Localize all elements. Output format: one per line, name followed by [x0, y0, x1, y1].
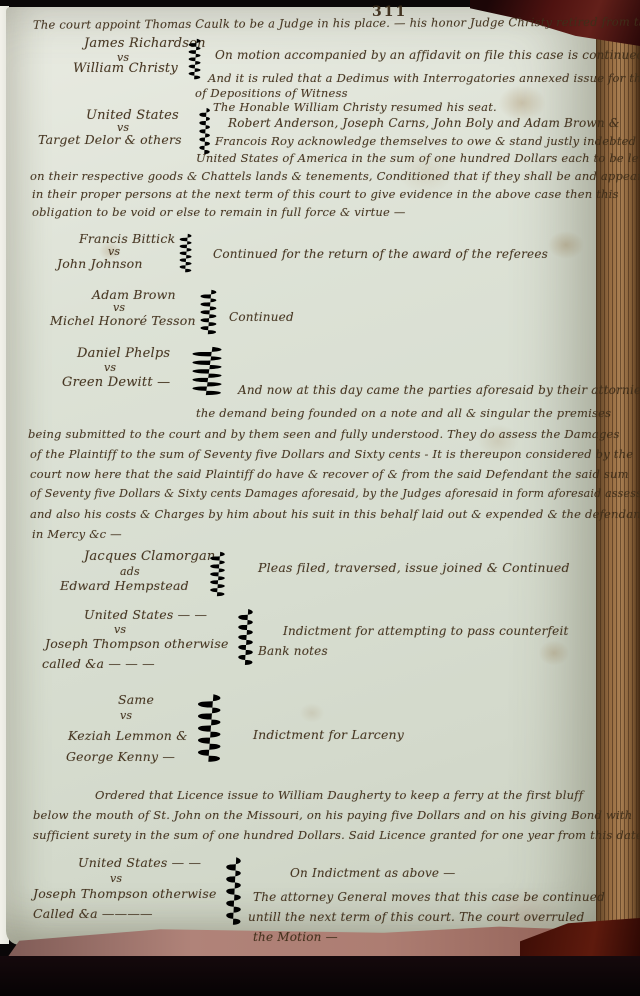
- coil-brace: [186, 346, 230, 396]
- order-line: below the mouth of St. John on the Misso…: [33, 808, 632, 822]
- case-note-line: and also his costs & Charges by him abou…: [30, 507, 640, 521]
- order-line: sufficient surety in the sum of one hund…: [33, 828, 640, 842]
- party-name: United States — —: [84, 607, 207, 622]
- order-line: Ordered that Licence issue to William Da…: [95, 788, 583, 802]
- party-name: United States: [86, 108, 179, 123]
- versus-label: vs: [114, 623, 126, 636]
- party-name: Keziah Lemmon &: [68, 728, 188, 743]
- case-note-line: Robert Anderson, Joseph Carns, John Boly…: [228, 116, 620, 130]
- versus-label: vs: [104, 361, 116, 374]
- case-note-line: The attorney General moves that this cas…: [253, 890, 605, 904]
- case-note-line: Continued: [229, 310, 294, 324]
- versus-label: vs: [120, 709, 132, 722]
- party-name: George Kenny —: [66, 749, 175, 764]
- coil-brace: [235, 608, 257, 666]
- party-name: Jacques Clamorgan: [84, 549, 216, 564]
- party-name: Edward Hempstead: [60, 578, 189, 593]
- party-name: William Christy: [73, 61, 178, 76]
- party-name: Francis Bittick: [79, 231, 175, 246]
- case-note-line: court now here that the said Plaintiff d…: [30, 467, 629, 481]
- party-name: Same: [118, 692, 154, 707]
- case-note-line: On motion accompanied by an affidavit on…: [215, 48, 640, 62]
- coil-brace: [177, 233, 195, 273]
- party-name: Daniel Phelps: [77, 346, 170, 361]
- party-name: Called &a ————: [33, 906, 153, 921]
- case-note-line: in their proper persons at the next term…: [32, 187, 619, 201]
- coil-brace: [186, 38, 204, 80]
- case-note-line: Indictment for Larceny: [253, 727, 404, 742]
- party-name: Joseph Thompson otherwise: [33, 886, 217, 901]
- coil-brace: [207, 551, 229, 597]
- party-name: Adam Brown: [92, 287, 176, 302]
- versus-label: vs: [110, 872, 122, 885]
- case-note-line: untill the next term of this court. The …: [248, 910, 585, 924]
- case-note-line: United States of America in the sum of o…: [196, 151, 640, 165]
- case-note-line: on their respective goods & Chattels lan…: [30, 169, 640, 183]
- coil-brace: [223, 856, 245, 926]
- party-name: John Johnson: [57, 256, 143, 271]
- coil-brace: [193, 693, 227, 763]
- case-note-line: the demand being founded on a note and a…: [196, 406, 611, 420]
- scan-background: [0, 956, 640, 996]
- case-note-line: the Motion —: [253, 930, 338, 944]
- case-note-line: Pleas filed, traversed, issue joined & C…: [258, 560, 570, 575]
- coil-brace: [197, 107, 213, 155]
- case-note-line: Continued for the return of the award of…: [213, 247, 548, 261]
- versus-label: ads: [120, 565, 140, 578]
- case-note-line: On Indictment as above —: [290, 866, 455, 880]
- case-note-line: obligation to be void or else to remain …: [32, 205, 406, 219]
- case-note-line: Francois Roy acknowledge themselves to o…: [215, 134, 640, 148]
- case-note-line: Bank notes: [258, 644, 328, 658]
- case-note-line: of Seventy five Dollars & Sixty cents Da…: [30, 487, 640, 500]
- case-note-line: of Depositions of Witness: [195, 86, 348, 100]
- party-name: Target Delor & others: [38, 132, 182, 147]
- case-note-line: being submitted to the court and by them…: [28, 427, 620, 441]
- party-name: United States — —: [78, 855, 201, 870]
- party-name: called &a — — —: [42, 656, 155, 671]
- party-name: Michel Honoré Tesson: [50, 313, 196, 328]
- party-name: Green Dewitt —: [62, 375, 170, 390]
- case-note-line: in Mercy &c —: [32, 527, 122, 541]
- party-name: Joseph Thompson otherwise: [45, 636, 229, 651]
- case-note-line: And it is ruled that a Dedimus with Inte…: [208, 71, 640, 85]
- coil-brace: [197, 289, 221, 335]
- case-note-line: of the Plaintiff to the sum of Seventy f…: [30, 447, 633, 461]
- court-note-line: The Honable William Christy resumed his …: [213, 100, 497, 114]
- case-note-line: And now at this day came the parties afo…: [238, 383, 640, 397]
- book-scan: { "page": { "number": "311" }, "opening_…: [0, 0, 640, 996]
- case-note-line: Indictment for attempting to pass counte…: [283, 624, 569, 638]
